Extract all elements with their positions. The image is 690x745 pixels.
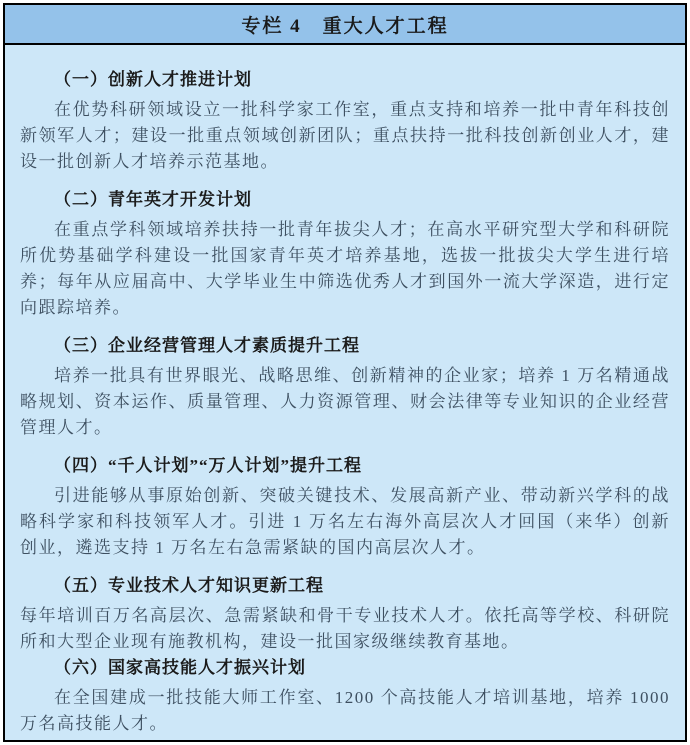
section: （三）企业经营管理人才素质提升工程 培养一批具有世界眼光、战略思维、创新精神的企…	[20, 333, 670, 441]
section-heading: （二）青年英才开发计划	[20, 187, 670, 213]
section: （四）“千人计划”“万人计划”提升工程 引进能够从事原始创新、突破关键技术、发展…	[20, 453, 670, 561]
section-heading: （六）国家高技能人才振兴计划	[20, 655, 670, 681]
section-body: 在全国建成一批技能大师工作室、1200 个高技能人才培训基地，培养 1000 万…	[20, 685, 670, 737]
section-heading: （三）企业经营管理人才素质提升工程	[20, 333, 670, 359]
panel-header: 专栏 4 重大人才工程	[5, 5, 685, 45]
panel-title: 专栏 4 重大人才工程	[241, 11, 448, 38]
section-body: 每年培训百万名高层次、急需紧缺和骨干专业技术人才。依托高等学校、科研院所和大型企…	[20, 603, 670, 655]
section-body: 引进能够从事原始创新、突破关键技术、发展高新产业、带动新兴学科的战略科学家和科技…	[20, 483, 670, 561]
section: （二）青年英才开发计划 在重点学科领域培养扶持一批青年拔尖人才；在高水平研究型大…	[20, 187, 670, 321]
column-panel: 专栏 4 重大人才工程 （一）创新人才推进计划 在优势科研领域设立一批科学家工作…	[3, 3, 687, 742]
section-body: 在重点学科领域培养扶持一批青年拔尖人才；在高水平研究型大学和科研院所优势基础学科…	[20, 217, 670, 321]
section-body: 在优势科研领域设立一批科学家工作室，重点支持和培养一批中青年科技创新领军人才；建…	[20, 97, 670, 175]
section: （一）创新人才推进计划 在优势科研领域设立一批科学家工作室，重点支持和培养一批中…	[20, 67, 670, 175]
section-heading: （一）创新人才推进计划	[20, 67, 670, 93]
section: （五）专业技术人才知识更新工程 每年培训百万名高层次、急需紧缺和骨干专业技术人才…	[20, 573, 670, 655]
panel-body: （一）创新人才推进计划 在优势科研领域设立一批科学家工作室，重点支持和培养一批中…	[5, 45, 685, 742]
section-heading: （四）“千人计划”“万人计划”提升工程	[20, 453, 670, 479]
section: （六）国家高技能人才振兴计划 在全国建成一批技能大师工作室、1200 个高技能人…	[20, 655, 670, 737]
section-heading: （五）专业技术人才知识更新工程	[20, 573, 670, 599]
section-body: 培养一批具有世界眼光、战略思维、创新精神的企业家；培养 1 万名精通战略规划、资…	[20, 363, 670, 441]
